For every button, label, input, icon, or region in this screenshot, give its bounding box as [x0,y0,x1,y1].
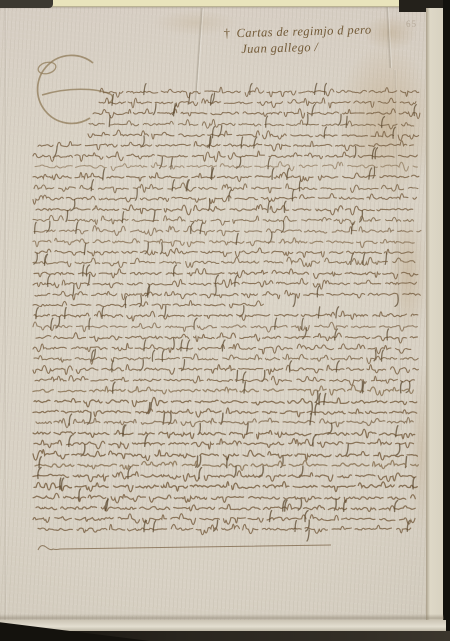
closing-flourish [38,545,331,550]
handwriting-accent [36,307,339,328]
handwriting-line [33,514,415,525]
handwriting-accent [51,318,307,339]
handwriting-line [38,141,413,151]
handwriting-accent [83,265,177,286]
handwriting-line [34,311,418,321]
handwriting-accent [48,275,238,296]
handwriting-accent [79,489,336,510]
handwriting-line [99,98,416,108]
top-edge-shadow [0,6,444,9]
header-annotation: †Cartas de regimjo d pero Juan gallego / [224,21,410,58]
handwriting-line [88,130,419,140]
handwriting-line [34,269,418,279]
handwriting-accent [145,233,238,253]
handwriting-line [34,226,421,236]
handwriting-accent [174,105,417,126]
handwriting-line [34,482,417,492]
handwriting-line [35,376,415,386]
handwriting-line [33,151,417,162]
handwriting-text [33,83,421,541]
handwriting-line [36,205,413,215]
handwriting-accent [173,329,389,349]
handwriting-accent [139,286,398,307]
folio-number: 65 [406,19,417,29]
handwriting-line [89,119,414,129]
handwriting-accent [125,297,244,317]
handwriting-line [33,322,417,332]
handwriting-accent [69,414,332,435]
handwriting-accent [35,222,354,243]
handwriting-line [35,162,418,172]
cross-mark-icon: † [224,26,231,40]
handwriting-accent [66,201,362,222]
handwriting-line [35,290,420,299]
handwriting-accent [47,212,284,233]
backdrop-right [443,0,450,641]
handwriting-line [33,450,417,461]
handwriting-line [33,278,416,289]
handwriting-line [34,397,417,406]
handwriting-line [33,215,414,225]
right-page-edges [426,8,444,636]
handwriting-line [34,439,414,449]
handwriting-line [36,504,415,512]
handwriting-line [35,248,413,257]
handwriting-line [33,385,413,395]
handwriting-line [33,493,415,503]
handwriting-accent [109,116,384,137]
handwriting-accent [123,425,398,437]
handwriting-accent [91,180,301,201]
handwriting-line [38,524,411,534]
handwriting-line [33,429,415,439]
archive-photo: †Cartas de regimjo d pero Juan gallego /… [0,0,450,641]
handwriting-line [33,238,414,248]
handwriting-line [100,87,419,97]
handwriting-line [93,109,420,119]
backdrop-top-left [0,0,53,8]
handwriting-accent [39,457,303,478]
handwriting-line [33,172,419,181]
handwriting-accent [53,137,355,158]
handwriting-line [33,471,416,482]
handwriting-line [33,365,418,375]
handwriting-line [36,333,417,343]
handwriting-line [33,300,263,308]
handwriting-line [33,194,417,205]
handwriting-line [33,257,415,267]
handwriting-layer [0,0,450,641]
handwriting-line [36,417,413,427]
handwriting-accent [144,83,327,104]
